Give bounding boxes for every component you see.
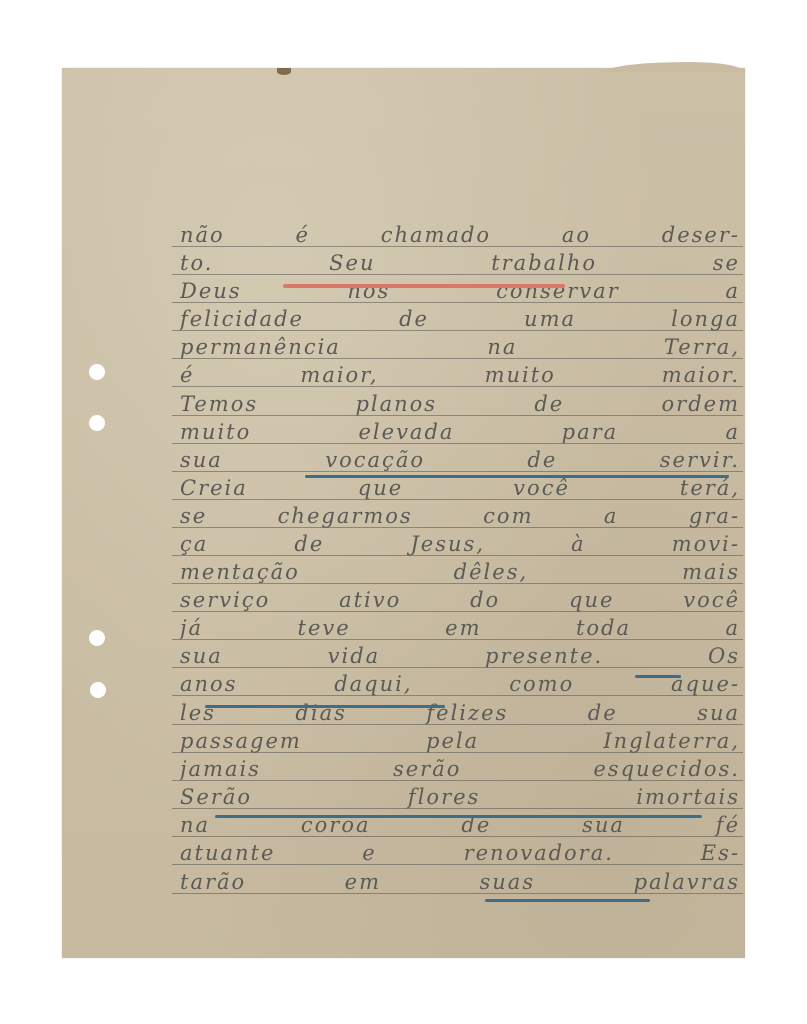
- handwritten-line: se chegarmos com a gra-: [180, 503, 740, 531]
- handwritten-line: muito elevada para a: [180, 419, 740, 447]
- underline-red-seu-trabalho: [283, 284, 565, 288]
- handwritten-line: Creia que você terá,: [180, 475, 740, 503]
- letter-page: não é chamado ao deser- to. Seu trabalho…: [62, 68, 745, 958]
- handwritten-line: tarão em suas palavras: [180, 869, 740, 897]
- handwritten-line: serviço ativo do que você: [180, 587, 740, 615]
- underline-blue-palavras: [485, 899, 650, 902]
- torn-edge: [605, 62, 745, 72]
- handwritten-line: permanência na Terra,: [180, 334, 740, 362]
- underline-blue-os: [635, 675, 681, 678]
- punch-hole: [89, 364, 105, 380]
- handwritten-line: atuante e renovadora. Es-: [180, 840, 740, 868]
- ink-stain: [277, 68, 291, 75]
- handwritten-line: to. Seu trabalho se: [180, 250, 740, 278]
- handwritten-line: é maior, muito maior.: [180, 362, 740, 390]
- handwritten-line: jamais serão esquecidos.: [180, 756, 740, 784]
- handwritten-line: não é chamado ao deser-: [180, 222, 740, 250]
- underline-blue-anos-daqui: [205, 705, 445, 708]
- punch-hole: [90, 682, 106, 698]
- handwritten-line: Serão flores imortais: [180, 784, 740, 812]
- underline-blue-vocacao-de-servir: [305, 475, 729, 478]
- handwritten-line: sua vocação de servir.: [180, 447, 740, 475]
- punch-hole: [89, 415, 105, 431]
- handwritten-line: mentação dêles, mais: [180, 559, 740, 587]
- handwritten-line: felicidade de uma longa: [180, 306, 740, 334]
- handwritten-line: passagem pela Inglaterra,: [180, 728, 740, 756]
- punch-hole: [89, 630, 105, 646]
- handwritten-line: já teve em toda a: [180, 615, 740, 643]
- handwritten-line: sua vida presente. Os: [180, 643, 740, 671]
- handwritten-line: ça de Jesus, à movi-: [180, 531, 740, 559]
- handwritten-line: Deus nos conservar a: [180, 278, 740, 306]
- handwritten-line: Temos planos de ordem: [180, 391, 740, 419]
- underline-blue-serao-flores-imortais: [215, 815, 702, 818]
